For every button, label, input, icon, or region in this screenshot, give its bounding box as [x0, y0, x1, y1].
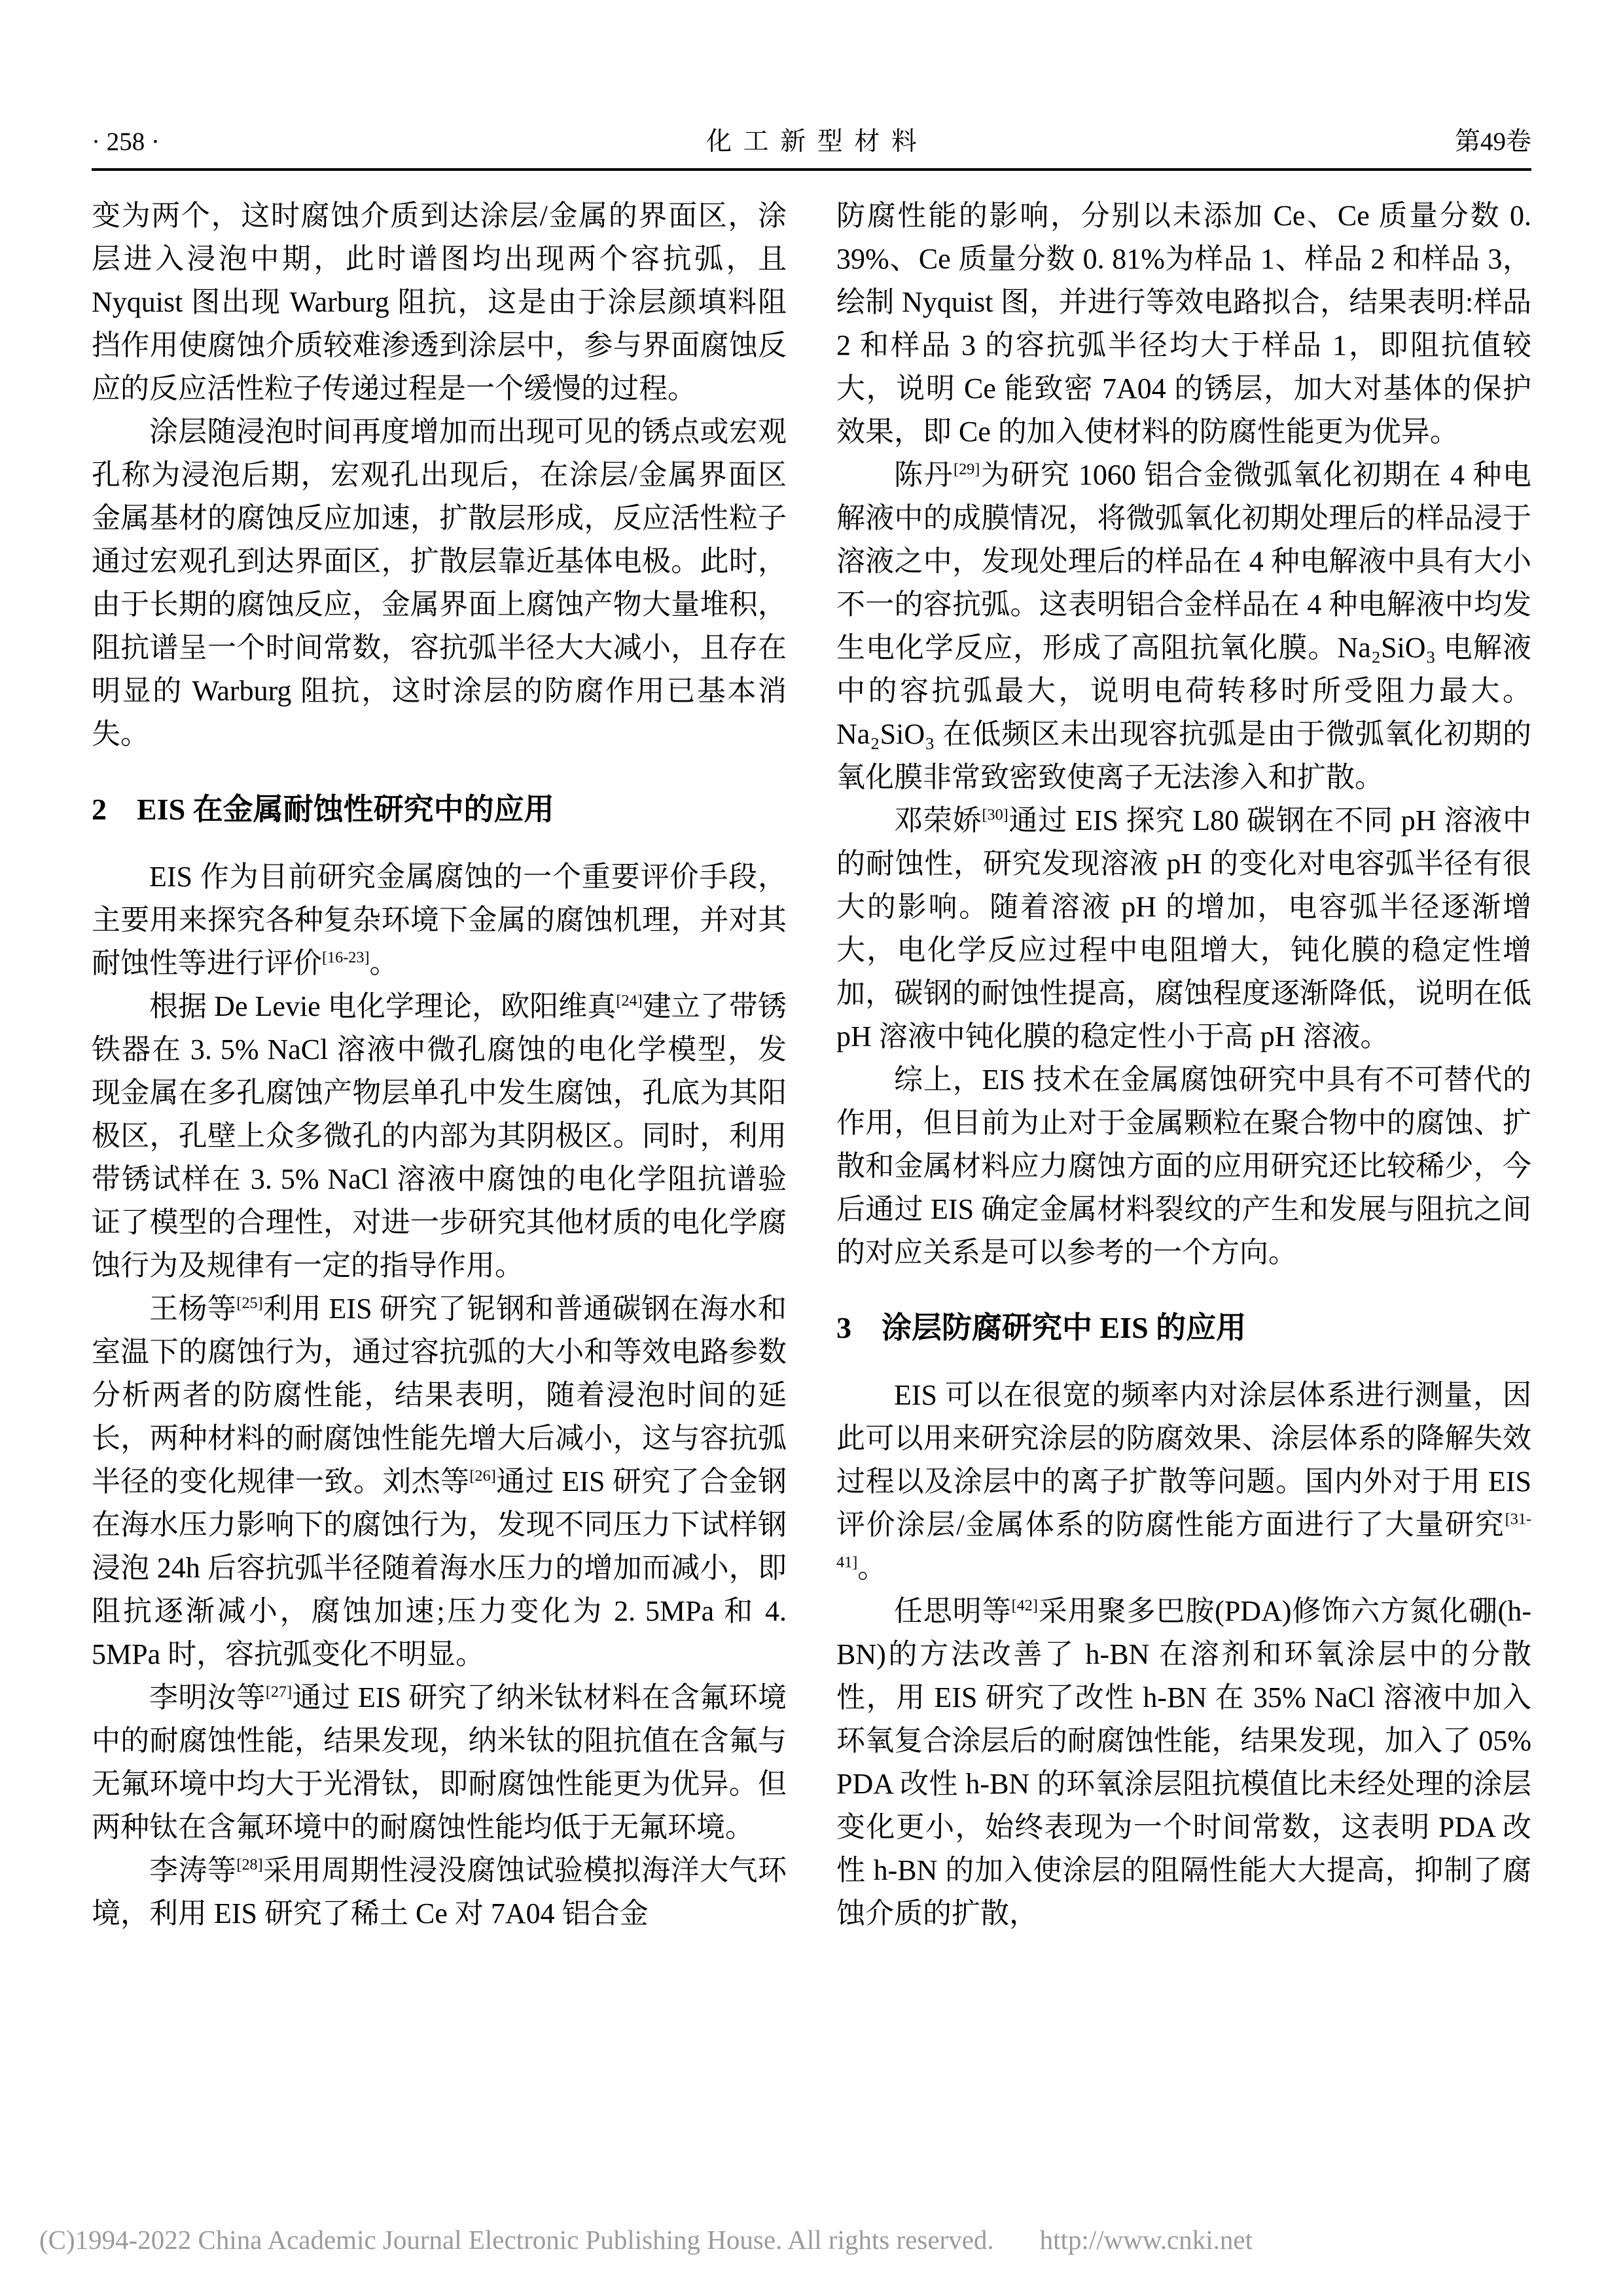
header-rule [92, 168, 1531, 171]
reference-superscript: [27] [266, 1683, 292, 1700]
volume-label: 第49卷 [1387, 121, 1531, 158]
paragraph: 变为两个，这时腐蚀介质到达涂层/金属的界面区，涂层进入浸泡中期，此时谱图均出现两… [92, 194, 787, 410]
journal-title: 化工新型材料 [695, 121, 929, 158]
page-number: · 258 · [92, 127, 236, 156]
reference-superscript: [29] [954, 460, 980, 478]
right-column: 防腐性能的影响，分别以未添加 Ce、Ce 质量分数 0. 39%、Ce 质量分数… [836, 194, 1531, 1935]
page-header: · 258 · 化工新型材料 第49卷 [0, 0, 1623, 158]
reference-superscript: [26] [469, 1467, 495, 1484]
section-heading: 2 EIS 在金属耐蚀性研究中的应用 [92, 790, 787, 829]
page-footer: (C)1994-2022 China Academic Journal Elec… [39, 2224, 1584, 2255]
paragraph: 王杨等[25]利用 EIS 研究了铌钢和普通碳钢在海水和室温下的腐蚀行为，通过容… [92, 1287, 787, 1676]
reference-superscript: [42] [1012, 1596, 1038, 1614]
reference-superscript: [30] [982, 806, 1008, 823]
reference-superscript: [24] [616, 992, 642, 1009]
paragraph: 防腐性能的影响，分别以未添加 Ce、Ce 质量分数 0. 39%、Ce 质量分数… [836, 194, 1531, 454]
reference-superscript: [31-41] [836, 1510, 1531, 1571]
paragraph: 陈丹[29]为研究 1060 铝合金微弧氧化初期在 4 种电解液中的成膜情况，将… [836, 454, 1531, 799]
copyright-text: (C)1994-2022 China Academic Journal Elec… [39, 2225, 994, 2255]
reference-superscript: [28] [236, 1856, 262, 1873]
paragraph: 任思明等[42]采用聚多巴胺(PDA)修饰六方氮化硼(h-BN)的方法改善了 h… [836, 1590, 1531, 1935]
paragraph: 李明汝等[27]通过 EIS 研究了纳米钛材料在含氟环境中的耐腐蚀性能，结果发现… [92, 1676, 787, 1849]
reference-superscript: [25] [236, 1294, 262, 1312]
journal-page: · 258 · 化工新型材料 第49卷 变为两个，这时腐蚀介质到达涂层/金属的界… [0, 0, 1623, 2296]
left-column: 变为两个，这时腐蚀介质到达涂层/金属的界面区，涂层进入浸泡中期，此时谱图均出现两… [92, 194, 787, 1935]
paragraph: 李涛等[28]采用周期性浸没腐蚀试验模拟海洋大气环境，利用 EIS 研究了稀土 … [92, 1849, 787, 1935]
paragraph: 邓荣娇[30]通过 EIS 探究 L80 碳钢在不同 pH 溶液中的耐蚀性，研究… [836, 799, 1531, 1058]
paragraph: 综上，EIS 技术在金属腐蚀研究中具有不可替代的作用，但目前为止对于金属颗粒在聚… [836, 1058, 1531, 1274]
section-heading: 3 涂层防腐研究中 EIS 的应用 [836, 1308, 1531, 1348]
paragraph: 涂层随浸泡时间再度增加而出现可见的锈点或宏观孔称为浸泡后期，宏观孔出现后，在涂层… [92, 410, 787, 756]
reference-superscript: [16-23] [322, 948, 370, 966]
paragraph: EIS 可以在很宽的频率内对涂层体系进行测量，因此可以用来研究涂层的防腐效果、涂… [836, 1374, 1531, 1590]
cnki-url: http://www.cnki.net [1040, 2225, 1253, 2255]
paragraph: 根据 De Levie 电化学理论，欧阳维真[24]建立了带锈铁器在 3. 5%… [92, 985, 787, 1287]
article-body: 变为两个，这时腐蚀介质到达涂层/金属的界面区，涂层进入浸泡中期，此时谱图均出现两… [92, 194, 1531, 1935]
paragraph: EIS 作为目前研究金属腐蚀的一个重要评价手段，主要用来探究各种复杂环境下金属的… [92, 855, 787, 985]
